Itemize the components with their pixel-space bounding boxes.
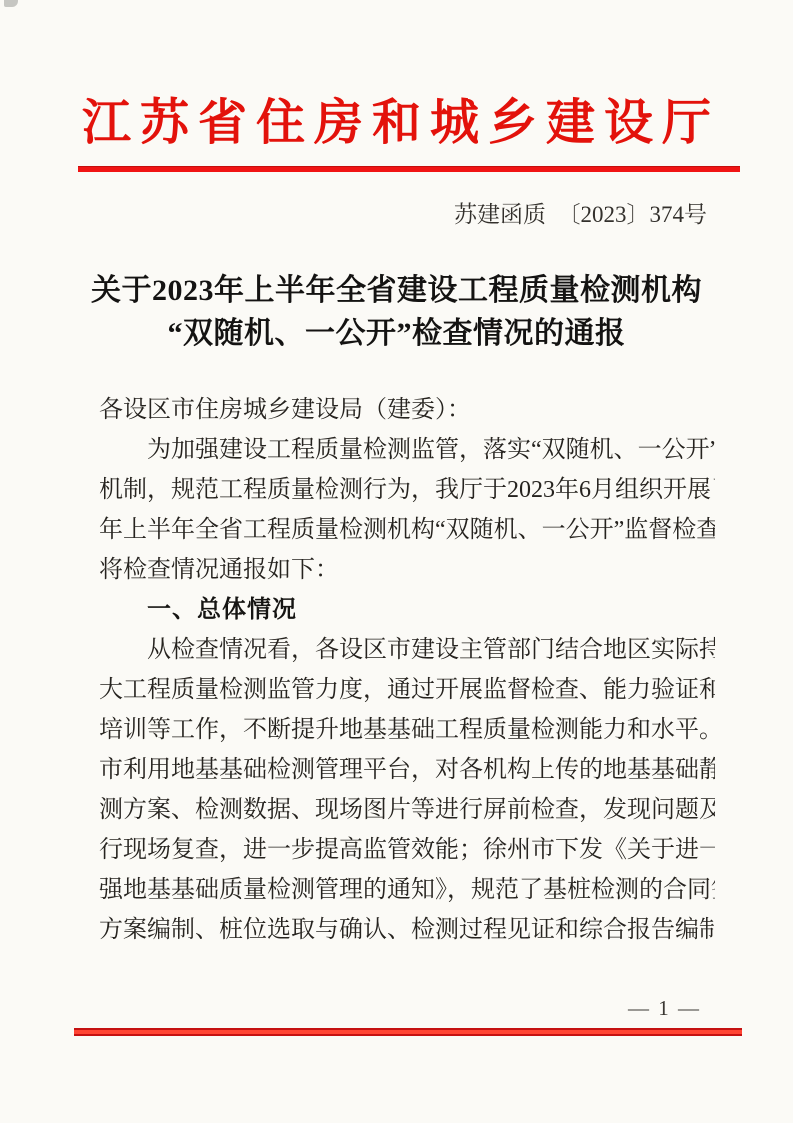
body-line: 行现场复查，进一步提高监管效能；徐州市下发《关于进一步加	[99, 830, 715, 870]
document-title-line1: 关于2023年上半年全省建设工程质量检测机构	[0, 269, 793, 312]
body-line: 强地基基础质量检测管理的通知》，规范了基桩检测的合同签订、	[99, 870, 715, 910]
body-line: 年上半年全省工程质量检测机构“双随机、一公开”监督检查。现	[99, 510, 715, 550]
body-line: 测方案、检测数据、现场图片等进行屏前检查，发现问题及时进	[99, 790, 715, 830]
body-line: 培训等工作，不断提升地基基础工程质量检测能力和水平。无锡	[99, 710, 715, 750]
body-line: 从检查情况看，各设区市建设主管部门结合地区实际持续加	[99, 630, 715, 670]
document-number: 苏建函质 〔2023〕374号	[454, 201, 707, 229]
header-red-rule	[78, 166, 740, 172]
body-line: 将检查情况通报如下：	[99, 550, 715, 590]
body-line: 各设区市住房城乡建设局（建委）：	[99, 390, 715, 430]
document-title: 关于2023年上半年全省建设工程质量检测机构 “双随机、一公开”检查情况的通报	[0, 269, 793, 355]
agency-letterhead: 江苏省住房和城乡建设厅	[0, 96, 793, 150]
body-line: 市利用地基基础检测管理平台，对各机构上传的地基基础静载检	[99, 750, 715, 790]
body-line: 为加强建设工程质量检测监管，落实“双随机、一公开”监管	[99, 430, 715, 470]
footer-red-rule	[74, 1028, 742, 1036]
page-number: — 1 —	[628, 995, 701, 1021]
document-title-line2: “双随机、一公开”检查情况的通报	[0, 312, 793, 355]
body-line: 大工程质量检测监管力度，通过开展监督检查、能力验证和技术	[99, 670, 715, 710]
document-body: 各设区市住房城乡建设局（建委）：为加强建设工程质量检测监管，落实“双随机、一公开…	[99, 390, 715, 950]
scan-artifact	[4, 0, 18, 7]
document-page: 江苏省住房和城乡建设厅 苏建函质 〔2023〕374号 关于2023年上半年全省…	[0, 0, 793, 1123]
body-line: 机制，规范工程质量检测行为，我厅于2023年6月组织开展了2023	[99, 470, 715, 510]
section-heading: 一、总体情况	[99, 590, 715, 630]
body-line: 方案编制、桩位选取与确认、检测过程见证和综合报告编制等工	[99, 910, 715, 950]
